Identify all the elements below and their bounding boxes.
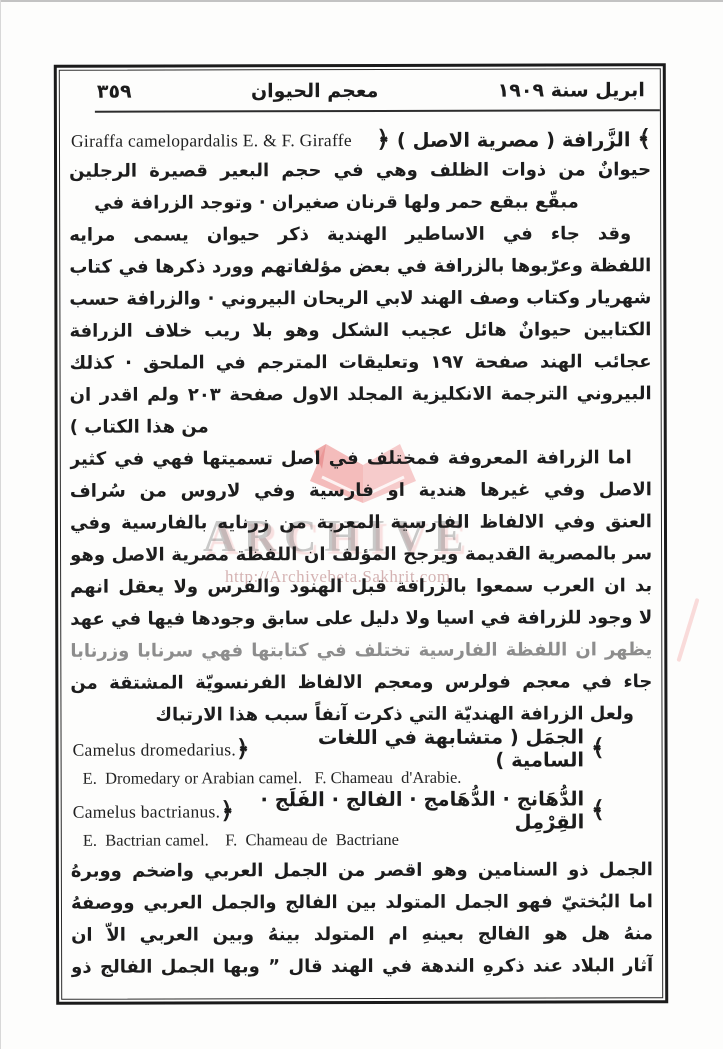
fleuron-icon: ﴿ (220, 800, 234, 823)
entry-heading-dromedary: Camelus dromedarius. ﴾ الجمَل ( متشابهة … (71, 732, 653, 766)
paragraph-giraffe-etymology: اما الزرافة المعروفة فمختلف في اصل تسميت… (70, 442, 653, 732)
fleuron-icon: ﴾ (637, 128, 651, 151)
text-line: حيوانٌ من ذوات الظلف وهي في حجم البعير ق… (69, 154, 651, 188)
fleuron-icon: ﴾ (591, 799, 605, 822)
scan-edge-artifact (0, 0, 1, 1049)
page-border-inner-rule: ٣٥٩ معجم الحيوان ابريل سنة ١٩٠٩ Giraffa … (59, 68, 663, 1000)
text-line: من هذا الكتاب ) (70, 410, 652, 444)
text-line: منهُ هل هو الفالج بعينهِ ام المتولد بينه… (71, 918, 653, 952)
paragraph-giraffe-india: وقد جاء في الاساطير الهندية ذكر حيوان يس… (69, 218, 652, 444)
latin-name-giraffe: Giraffa camelopardalis E. & F. Giraffe (69, 130, 352, 152)
scan-edge-artifact (0, 0, 723, 2)
fleuron-icon: ﴾ (591, 737, 605, 760)
text-line: لا وجود للزرافة في اسيا ولا دليل على ساب… (70, 602, 652, 636)
latin-name-bactrian: Camelus bactrianus. (71, 801, 221, 822)
text-line: الكتابين حيوانٌ هائل عجيب الشكل وهو بلا … (69, 314, 651, 348)
text-line: الاصل وفي غيرها هندية او فارسية وفي لارو… (70, 474, 652, 508)
fleuron-icon: ﴿ (236, 738, 250, 761)
text-line: بد ان العرب سمعوا بالزرافة قبل الهنود وا… (70, 570, 652, 604)
page-number: ٣٥٩ (97, 81, 132, 103)
text-line: اما البُختيّ فهو الجمل المتولد بين الفال… (71, 886, 653, 920)
text-line: عجائب الهند صفحة ١٩٧ وتعليقات المترجم في… (70, 346, 652, 380)
paragraph-giraffe-description: حيوانٌ من ذوات الظلف وهي في حجم البعير ق… (69, 154, 651, 220)
text-line: آثار البلاد عند ذكرهِ الندهة في الهند قا… (71, 950, 653, 984)
arabic-title-giraffe: ﴾ الزَّرافة ( مصرية الاصل ) ﴿ (376, 128, 651, 152)
entry-heading-bactrian: Camelus bactrianus. ﴾ الدُّهَانج · الدُّ… (71, 794, 653, 828)
header-rule (95, 109, 660, 112)
issue-date: ابريل سنة ١٩٠٩ (498, 79, 645, 101)
text-line: سر بالمصرية القديمة ويرجح المؤلف ان اللف… (70, 538, 652, 572)
text-line: مبقّع ببقع حمر ولها قرنان صغيران · وتوجد… (69, 186, 651, 220)
arabic-entry-title: الزَّرافة ( مصرية الاصل ) (397, 128, 631, 152)
watermark-slash-mark (676, 598, 699, 662)
text-line: البيروني الترجمة الانكليزية المجلد الاول… (70, 378, 652, 412)
text-line: جاء في معجم فولرس ومعجم الالفاظ الفرنسوي… (70, 666, 652, 700)
text-line: الجمل ذو السنامين وهو اقصر من الجمل العر… (71, 854, 653, 888)
text-line: اللفظة وعرّبوها بالزرافة في بعض مؤلفاتهم… (69, 250, 651, 284)
paragraph-camel-description: الجمل ذو السنامين وهو اقصر من الجمل العر… (71, 854, 653, 984)
entry-heading-giraffe: Giraffa camelopardalis E. & F. Giraffe ﴾… (69, 124, 651, 156)
fleuron-icon: ﴿ (376, 128, 390, 151)
page-content: ٣٥٩ معجم الحيوان ابريل سنة ١٩٠٩ Giraffa … (69, 73, 653, 995)
text-line: العنق وفي الالفاظ الفارسية المعربة من زر… (70, 506, 652, 540)
text-line-faded: يظهر ان اللفظة الفارسية تختلف في كتابتها… (70, 634, 652, 668)
text-line: وقد جاء في الاساطير الهندية ذكر حيوان يس… (69, 218, 651, 252)
latin-name-dromedary: Camelus dromedarius. (71, 739, 237, 760)
text-line: اما الزرافة المعروفة فمختلف في اصل تسميت… (70, 442, 652, 476)
text-line: شهريار وكتاب وصف الهند لابي الريحان البي… (69, 282, 651, 316)
running-header: ٣٥٩ معجم الحيوان ابريل سنة ١٩٠٩ (69, 73, 651, 111)
page-border-frame: ٣٥٩ معجم الحيوان ابريل سنة ١٩٠٩ Giraffa … (54, 63, 668, 1005)
journal-title: معجم الحيوان (251, 80, 378, 102)
scanned-book-page: { "scan": { "paper_color": "#fdfdfc", "i… (0, 0, 723, 1049)
